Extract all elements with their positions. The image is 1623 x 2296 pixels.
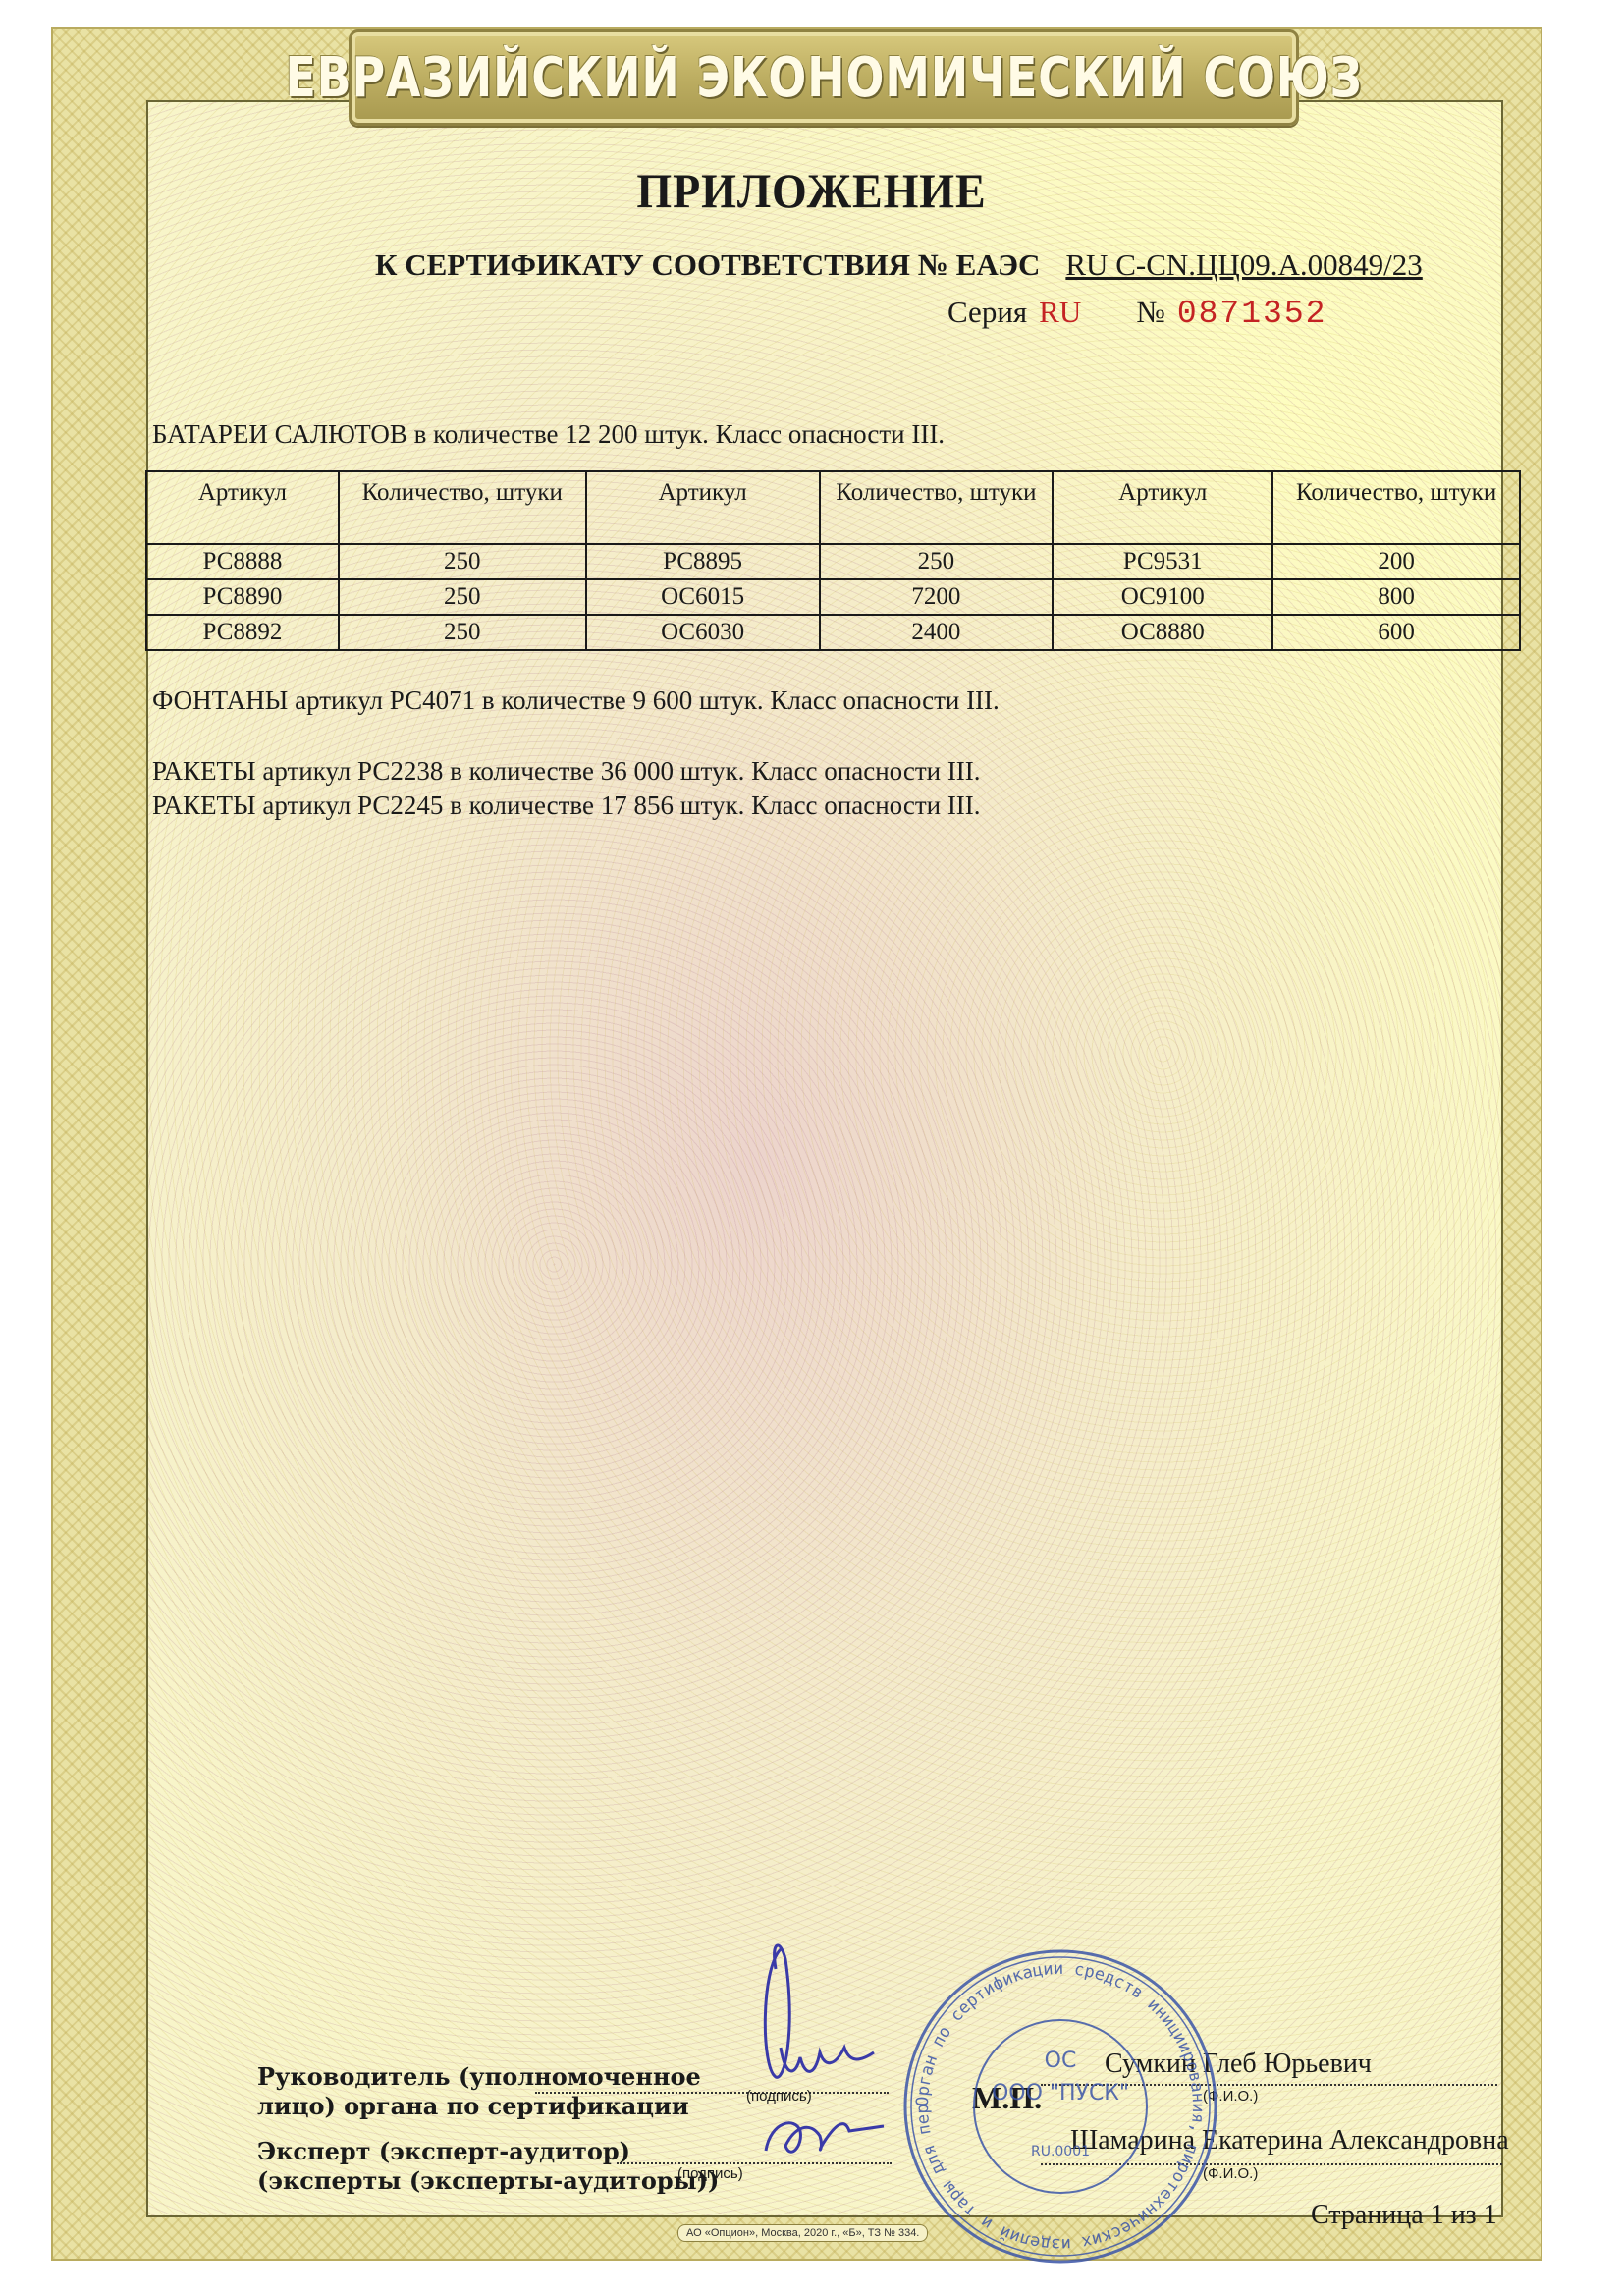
series-value: RU <box>1039 295 1081 329</box>
article-cell: ОС8880 <box>1053 615 1272 650</box>
head-label-line: Руководитель (уполномоченное <box>257 2062 701 2092</box>
head-label-line: лицо) органа по сертификации <box>257 2092 701 2121</box>
table-header-row: Артикул Количество, штуки Артикул Количе… <box>146 471 1520 544</box>
eaeu-banner: ЕВРАЗИЙСКИЙ ЭКОНОМИЧЕСКИЙ СОЮЗ <box>349 29 1299 126</box>
quantity-cell: 250 <box>339 615 586 650</box>
article-cell: РС8895 <box>586 544 820 579</box>
fountains-line: ФОНТАНЫ артикул РС4071 в количестве 9 60… <box>152 685 1000 716</box>
article-cell: РС8890 <box>146 579 339 615</box>
column-header: Артикул <box>146 471 339 544</box>
certificate-reference: К СЕРТИФИКАТУ СООТВЕТСТВИЯ № ЕАЭСRU C-CN… <box>375 247 1423 283</box>
quantity-cell: 250 <box>339 544 586 579</box>
banner-text: ЕВРАЗИЙСКИЙ ЭКОНОМИЧЕСКИЙ СОЮЗ <box>285 46 1362 110</box>
series-line: СерияRU№0871352 <box>947 295 1326 332</box>
table-row: РС8892250ОС60302400ОС8880600 <box>146 615 1520 650</box>
quantity-cell: 250 <box>339 579 586 615</box>
quantity-cell: 250 <box>820 544 1054 579</box>
series-label: Серия <box>947 295 1027 329</box>
column-header: Количество, штуки <box>339 471 586 544</box>
batteries-table: Артикул Количество, штуки Артикул Количе… <box>145 470 1521 651</box>
quantity-cell: 800 <box>1272 579 1520 615</box>
certificate-sheet <box>51 27 1542 2261</box>
batteries-intro: БАТАРЕИ САЛЮТОВ в количестве 12 200 штук… <box>152 419 945 450</box>
column-header: Количество, штуки <box>1272 471 1520 544</box>
number-label: № <box>1136 295 1165 329</box>
article-cell: ОС6030 <box>586 615 820 650</box>
article-cell: РС9531 <box>1053 544 1272 579</box>
quantity-cell: 200 <box>1272 544 1520 579</box>
document-title: ПРИЛОЖЕНИЕ <box>65 162 1558 219</box>
certificate-number: RU C-CN.ЦЦ09.А.00849/23 <box>1065 247 1422 282</box>
stamp-inner-middle: ООО "ПУСК" <box>992 2081 1129 2105</box>
expert-label-line: (эксперты (эксперты-аудиторы)) <box>257 2166 719 2196</box>
stamp-inner-top: ОС <box>1045 2049 1077 2073</box>
stamp-inner-bottom: RU.0001 <box>1031 2144 1090 2159</box>
blank-number: 0871352 <box>1177 296 1327 332</box>
certificate-inner-frame <box>146 100 1503 2217</box>
table-row: РС8888250РС8895250РС9531200 <box>146 544 1520 579</box>
head-signature-icon <box>727 1930 903 2175</box>
article-cell: ОС6015 <box>586 579 820 615</box>
printer-imprint: АО «Опцион», Москва, 2020 г., «Б», ТЗ № … <box>677 2224 928 2242</box>
quantity-cell: 2400 <box>820 615 1054 650</box>
rockets-line: РАКЕТЫ артикул РС2245 в количестве 17 85… <box>152 791 981 821</box>
expert-label: Эксперт (эксперт-аудитор) (эксперты (экс… <box>257 2137 719 2196</box>
article-cell: ОС9100 <box>1053 579 1272 615</box>
certificate-label: К СЕРТИФИКАТУ СООТВЕТСТВИЯ № ЕАЭС <box>375 247 1040 282</box>
page-number: Страница 1 из 1 <box>1311 2200 1497 2231</box>
column-header: Количество, штуки <box>820 471 1054 544</box>
article-cell: РС8892 <box>146 615 339 650</box>
article-cell: РС8888 <box>146 544 339 579</box>
official-stamp-icon: Орган по сертификации средств инициирова… <box>898 1944 1222 2269</box>
column-header: Артикул <box>1053 471 1272 544</box>
quantity-cell: 7200 <box>820 579 1054 615</box>
column-header: Артикул <box>586 471 820 544</box>
quantity-cell: 600 <box>1272 615 1520 650</box>
table-row: РС8890250ОС60157200ОС9100800 <box>146 579 1520 615</box>
rockets-line: РАКЕТЫ артикул РС2238 в количестве 36 00… <box>152 756 981 787</box>
